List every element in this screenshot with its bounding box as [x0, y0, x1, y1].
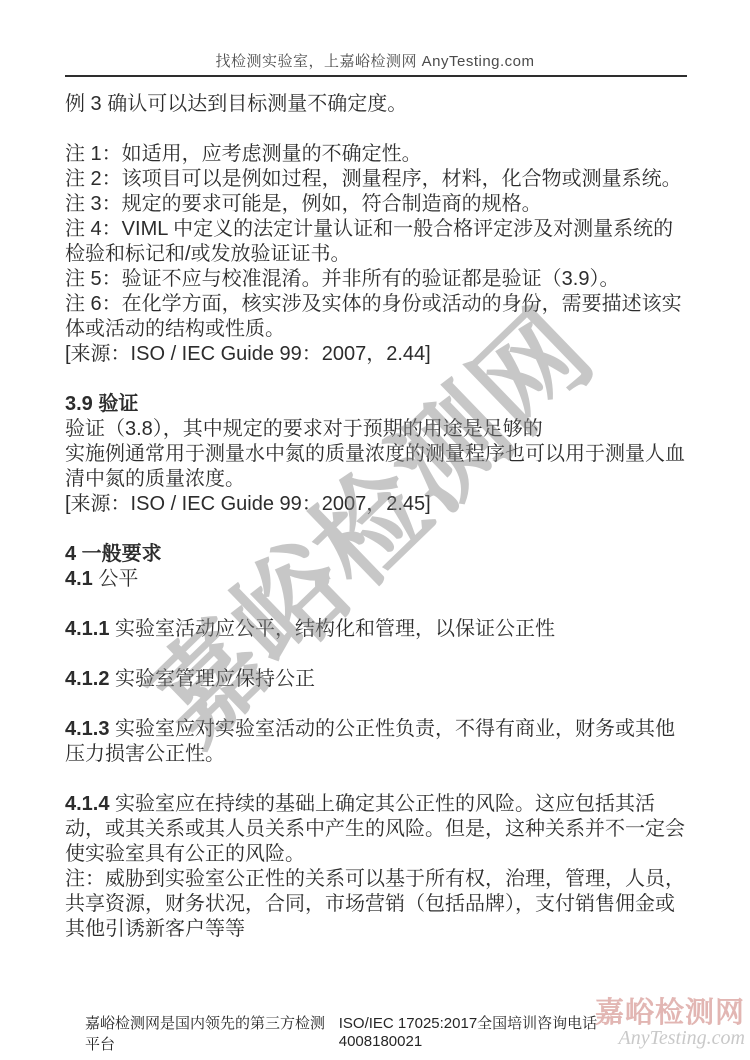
text-line: 注 1：如适用，应考虑测量的不确定性。	[65, 142, 687, 167]
text-line: 例 3 确认可以达到目标测量不确定度。	[65, 92, 687, 117]
text-line: 4.1.1 实验室活动应公平，结构化和管理，以保证公正性	[65, 617, 687, 642]
corner-site-watermark: AnyTesting.com	[595, 1028, 745, 1049]
text-line: 验证（3.8），其中规定的要求对于预期的用途是足够的	[65, 417, 687, 442]
text-line: 注：威胁到实验室公正性的关系可以基于所有权，治理，管理，人员，共享资源，财务状况…	[65, 867, 687, 942]
text-line: 4.1.4 实验室应在持续的基础上确定其公正性的风险。这应包括其活动，或其关系或…	[65, 792, 687, 867]
text-line: 4.1 公平	[65, 567, 687, 592]
blank-line	[65, 767, 687, 792]
corner-watermark: 嘉峪检测网 AnyTesting.com	[595, 998, 745, 1049]
text-line: 实施例通常用于测量水中氮的质量浓度的测量程序也可以用于测量人血清中氮的质量浓度。	[65, 442, 687, 492]
header-tagline: 找检测实验室，上嘉峪检测网 AnyTesting.com	[0, 50, 750, 71]
text-line: 3.9 验证	[65, 392, 687, 417]
blank-line	[65, 117, 687, 142]
text-line: 注 4：VIML 中定义的法定计量认证和一般合格评定涉及对测量系统的检验和标记和…	[65, 217, 687, 267]
text-line: 注 3：规定的要求可能是，例如，符合制造商的规格。	[65, 192, 687, 217]
blank-line	[65, 367, 687, 392]
footer-left-text: 嘉峪检测网是国内领先的第三方检测平台	[85, 1012, 339, 1054]
blank-line	[65, 592, 687, 617]
document-page: 找检测实验室，上嘉峪检测网 AnyTesting.com 例 3 确认可以达到目…	[0, 0, 750, 1060]
text-line: 注 5：验证不应与校准混淆。并非所有的验证都是验证（3.9）。	[65, 267, 687, 292]
document-body: 例 3 确认可以达到目标测量不确定度。 注 1：如适用，应考虑测量的不确定性。注…	[65, 92, 687, 942]
blank-line	[65, 517, 687, 542]
blank-line	[65, 692, 687, 717]
blank-line	[65, 642, 687, 667]
text-line: [来源：ISO / IEC Guide 99：2007，2.44]	[65, 342, 687, 367]
text-line: 注 6：在化学方面，核实涉及实体的身份或活动的身份，需要描述该实体或活动的结构或…	[65, 292, 687, 342]
header-divider	[65, 75, 687, 77]
text-line: [来源：ISO / IEC Guide 99：2007，2.45]	[65, 492, 687, 517]
page-footer: 嘉峪检测网是国内领先的第三方检测平台 ISO/IEC 17025:2017全国培…	[85, 1012, 660, 1054]
text-line: 4.1.3 实验室应对实验室活动的公正性负责，不得有商业，财务或其他压力损害公正…	[65, 717, 687, 767]
text-line: 4 一般要求	[65, 542, 687, 567]
text-line: 注 2：该项目可以是例如过程，测量程序，材料，化合物或测量系统。	[65, 167, 687, 192]
corner-brand-watermark: 嘉峪检测网	[595, 998, 745, 1028]
text-line: 4.1.2 实验室管理应保持公正	[65, 667, 687, 692]
